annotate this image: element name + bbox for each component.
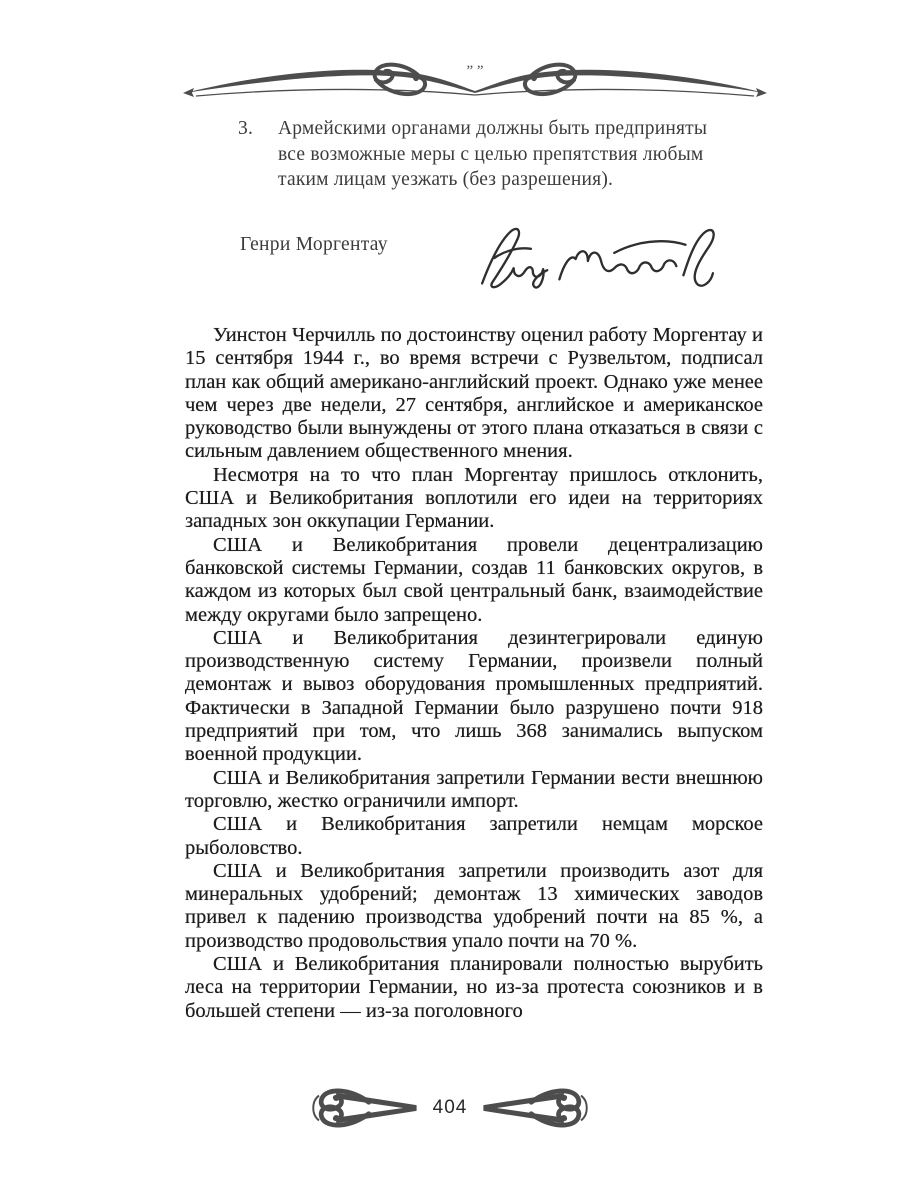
body-paragraph: Несмотря на то что план Моргентау пришло… [185,464,763,534]
body-paragraph: Уинстон Черчилль по достоинству оценил р… [185,324,763,464]
book-page: ” ” 3. Армейскими органами должны быть п… [0,0,900,1200]
body-paragraph: США и Великобритания планировали полност… [185,953,763,1023]
body-paragraph: США и Великобритания провели децентрализ… [185,534,763,627]
body-paragraph: США и Великобритания запретили Германии … [185,767,763,814]
page-number: 404 [433,1097,468,1119]
body-paragraph: США и Великобритания запретили немцам мо… [185,813,763,860]
page-footer: 404 [0,1086,900,1130]
body-paragraph: США и Великобритания запретили производи… [185,860,763,953]
header-flourish-ornament: ” ” [180,62,770,110]
body-text-column: Уинстон Черчилль по достоинству оценил р… [185,324,763,1023]
list-item-text: Армейскими органами должны быть предприн… [278,116,736,193]
footer-right-flourish-icon [481,1086,593,1130]
header-center-marks: ” ” [466,63,483,79]
body-paragraph: США и Великобритания дезинтегрировали ед… [185,627,763,767]
signatory-name: Генри Моргентау [240,234,388,256]
henry-morgenthau-signature-icon [474,220,718,298]
list-item-number: 3. [238,116,278,193]
footer-left-flourish-icon [307,1086,419,1130]
numbered-list-item: 3. Армейскими органами должны быть предп… [238,116,738,193]
